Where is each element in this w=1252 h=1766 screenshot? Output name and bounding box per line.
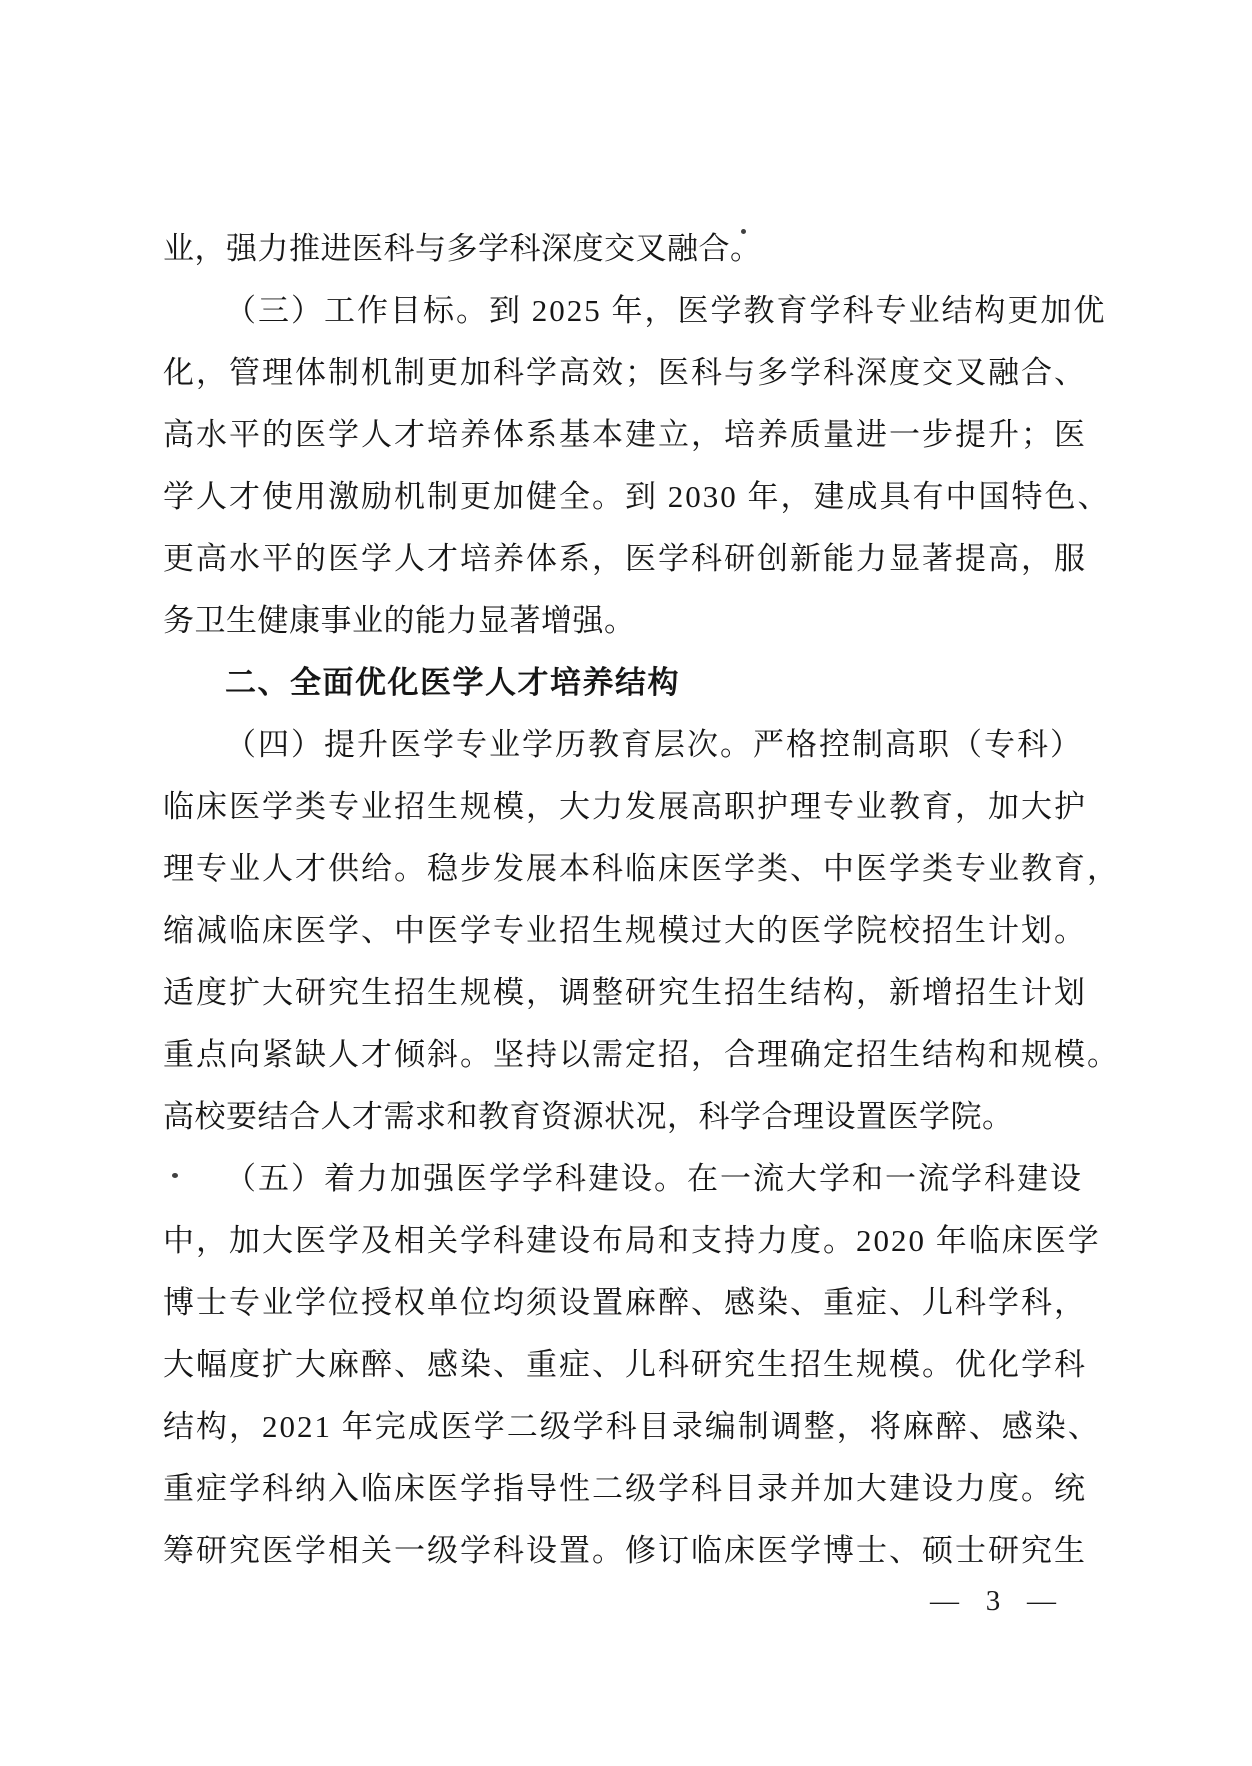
body-line: 缩减临床医学、中医学专业招生规模过大的医学院校招生计划。 — [163, 900, 1081, 962]
body-line: 务卫生健康事业的能力显著增强。 — [163, 590, 1081, 652]
body-line: 中，加大医学及相关学科建设布局和支持力度。2020 年临床医学 — [163, 1210, 1081, 1272]
body-line: 化，管理体制机制更加科学高效；医科与多学科深度交叉融合、 — [163, 342, 1081, 404]
footer-dash-right: — — [1027, 1586, 1056, 1616]
body-line: 大幅度扩大麻醉、感染、重症、儿科研究生招生规模。优化学科 — [163, 1334, 1081, 1396]
body-line: 临床医学类专业招生规模，大力发展高职护理专业教育，加大护 — [163, 776, 1081, 838]
page-footer: — 3 — — [930, 1586, 1056, 1616]
body-line: 重症学科纳入临床医学指导性二级学科目录并加大建设力度。统 — [163, 1458, 1081, 1520]
body-line: 博士专业学位授权单位均须设置麻醉、感染、重症、儿科学科， — [163, 1272, 1081, 1334]
footer-dash-left: — — [930, 1586, 959, 1616]
page-number: 3 — [986, 1586, 1001, 1616]
body-line: 结构，2021 年完成医学二级学科目录编制调整，将麻醉、感染、 — [163, 1396, 1081, 1458]
document-body: 业，强力推进医科与多学科深度交叉融合。 （三）工作目标。到 2025 年，医学教… — [163, 218, 1081, 1582]
scanned-document-page: 业，强力推进医科与多学科深度交叉融合。 （三）工作目标。到 2025 年，医学教… — [0, 0, 1252, 1766]
body-line: 学人才使用激励机制更加健全。到 2030 年，建成具有中国特色、 — [163, 466, 1081, 528]
body-line: 重点向紧缺人才倾斜。坚持以需定招，合理确定招生结构和规模。 — [163, 1024, 1081, 1086]
paragraph-start-line: （三）工作目标。到 2025 年，医学教育学科专业结构更加优 — [163, 280, 1081, 342]
body-line: 理专业人才供给。稳步发展本科临床医学类、中医学类专业教育， — [163, 838, 1081, 900]
body-line: 高校要结合人才需求和教育资源状况，科学合理设置医学院。 — [163, 1086, 1081, 1148]
body-line: 适度扩大研究生招生规模，调整研究生招生结构，新增招生计划 — [163, 962, 1081, 1024]
paragraph-start-line: （五）着力加强医学学科建设。在一流大学和一流学科建设 — [163, 1148, 1081, 1210]
body-line: 更高水平的医学人才培养体系，医学科研创新能力显著提高，服 — [163, 528, 1081, 590]
body-line: 业，强力推进医科与多学科深度交叉融合。 — [163, 218, 1081, 280]
body-line: 筹研究医学相关一级学科设置。修订临床医学博士、硕士研究生 — [163, 1520, 1081, 1582]
body-line: 高水平的医学人才培养体系基本建立，培养质量进一步提升；医 — [163, 404, 1081, 466]
paragraph-start-line: （四）提升医学专业学历教育层次。严格控制高职（专科） — [163, 714, 1081, 776]
section-heading: 二、全面优化医学人才培养结构 — [163, 652, 1081, 714]
